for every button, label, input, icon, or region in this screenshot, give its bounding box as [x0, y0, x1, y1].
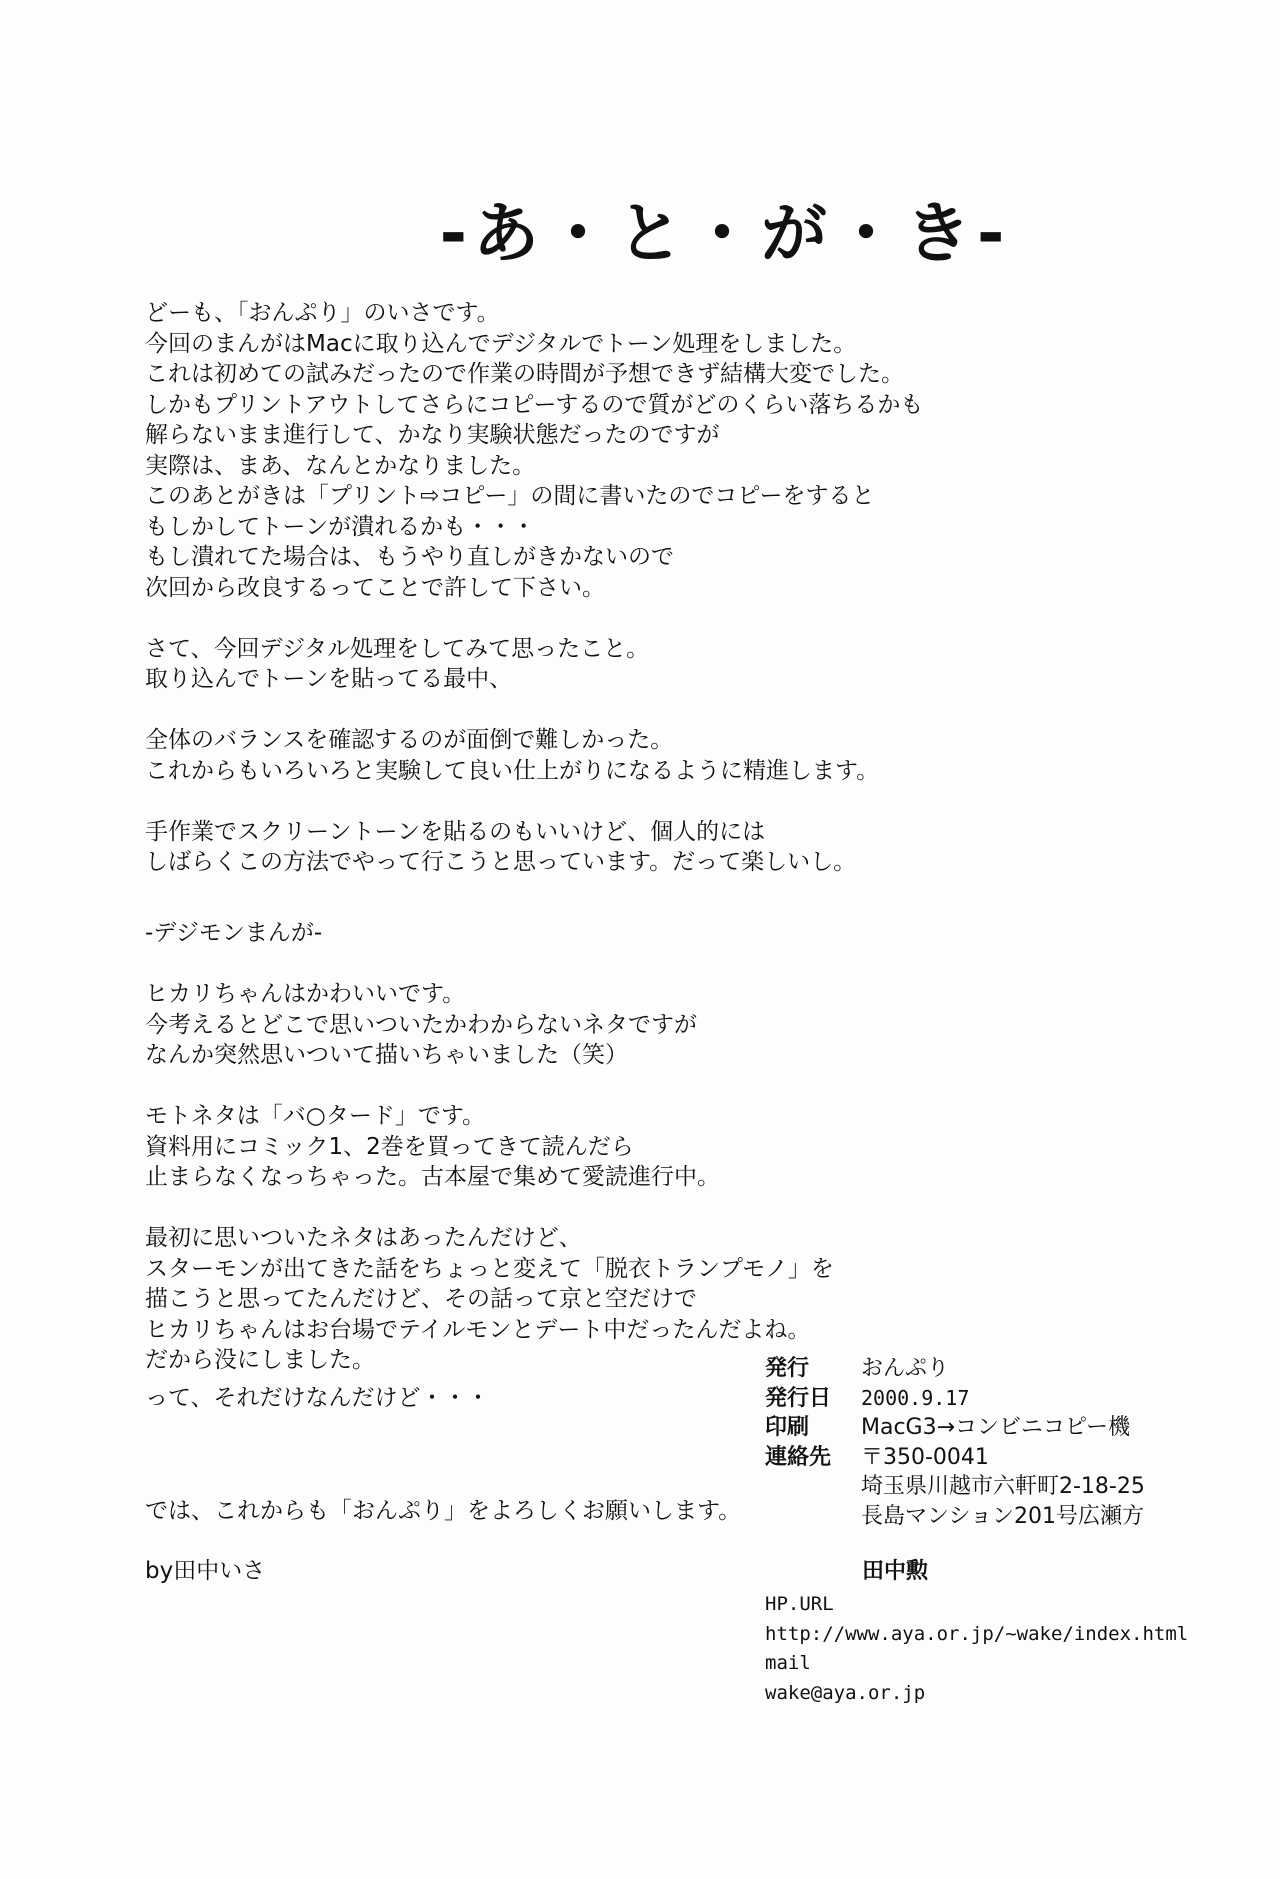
text-line: しかもプリントアウトしてさらにコピーするので質がどのくらい落ちるかも: [145, 390, 923, 421]
value: MacG3→コンビニコピー機: [861, 1413, 1130, 1443]
paragraph-intro: どーも、「おんぷり」のいさです。 今回のまんがはMacに取り込んでデジタルでトー…: [145, 298, 923, 878]
text-line: 解らないまま進行して、かなり実験状態だったのですが: [145, 420, 923, 451]
afterword-page: -あ・と・が・き- どーも、「おんぷり」のいさです。 今回のまんがはMacに取り…: [0, 0, 1280, 1879]
digimon-section: -デジモンまんが- ヒカリちゃんはかわいいです。 今考えるとどこで思いついたかわ…: [145, 918, 834, 1376]
signature: by田中いさ: [145, 1556, 265, 1587]
label: 発行日: [765, 1384, 861, 1414]
hp-label: HP.URL: [765, 1590, 1188, 1620]
text-line: だから没にしました。: [145, 1345, 834, 1376]
hp-url: http://www.aya.or.jp/~wake/index.html: [765, 1620, 1188, 1650]
text-line: しばらくこの方法でやって行こうと思っています。だって楽しいし。: [145, 847, 923, 878]
text-line: 次回から改良するってことで許して下さい。: [145, 573, 923, 604]
author-name: 田中勲: [862, 1554, 928, 1585]
colophon: 発行 おんぷり 発行日 2000.9.17 印刷 MacG3→コンビニコピー機 …: [765, 1354, 1145, 1531]
label: 発行: [765, 1354, 861, 1384]
value: 2000.9.17: [861, 1384, 969, 1414]
text-line: もし潰れてた場合は、もうやり直しがきかないので: [145, 542, 923, 573]
text-line: 今回のまんがはMacに取り込んでデジタルでトーン処理をしました。: [145, 329, 923, 360]
colophon-address1: 埼玉県川越市六軒町2-18-25: [765, 1472, 1145, 1502]
text-line: このあとがきは「プリント⇨コピー」の間に書いたのでコピーをすると: [145, 481, 923, 512]
text-line: 止まらなくなっちゃった。古本屋で集めて愛読進行中。: [145, 1162, 834, 1193]
colophon-print: 印刷 MacG3→コンビニコピー機: [765, 1413, 1145, 1443]
text-line: って、それだけなんだけど・・・: [145, 1383, 490, 1414]
text-line: 最初に思いついたネタはあったんだけど、: [145, 1223, 834, 1254]
colophon-contact: 連絡先 〒350-0041: [765, 1443, 1145, 1473]
colophon-date: 発行日 2000.9.17: [765, 1384, 1145, 1414]
label: 印刷: [765, 1413, 861, 1443]
colophon-address2: 長島マンション201号広瀬方: [765, 1502, 1145, 1532]
value: 〒350-0041: [861, 1443, 989, 1473]
section-heading: -デジモンまんが-: [145, 918, 834, 949]
label: 連絡先: [765, 1443, 861, 1473]
text-line: 資料用にコミック1、2巻を買ってきて読んだら: [145, 1132, 834, 1163]
text-line: 描こうと思ってたんだけど、その話って京と空だけで: [145, 1284, 834, 1315]
text-line: モトネタは「バ○タード」です。: [145, 1101, 834, 1132]
text-line: さて、今回デジタル処理をしてみて思ったこと。: [145, 634, 923, 665]
text-line: 取り込んでトーンを貼ってる最中、: [145, 664, 923, 695]
text-line: 今考えるとどこで思いついたかわからないネタですが: [145, 1010, 834, 1041]
contact-links: HP.URL http://www.aya.or.jp/~wake/index.…: [765, 1590, 1188, 1708]
text-line: これからもいろいろと実験して良い仕上がりになるように精進します。: [145, 756, 923, 787]
text-line: 実際は、まあ、なんとかなりました。: [145, 451, 923, 482]
mail-label: mail: [765, 1649, 1188, 1679]
page-title: -あ・と・が・き-: [0, 180, 1280, 275]
value: おんぷり: [861, 1354, 949, 1384]
greeting-line: では、これからも「おんぷり」をよろしくお願いします。: [145, 1496, 741, 1527]
mail-address: wake@aya.or.jp: [765, 1679, 1188, 1709]
text-line: なんか突然思いついて描いちゃいました（笑）: [145, 1040, 834, 1071]
signature-text: by田中いさ: [145, 1556, 265, 1587]
text-line: もしかしてトーンが潰れるかも・・・: [145, 512, 923, 543]
text-line: これは初めての試みだったので作業の時間が予想できず結構大変でした。: [145, 359, 923, 390]
text-line: ヒカリちゃんはかわいいです。: [145, 979, 834, 1010]
value: 埼玉県川越市六軒町2-18-25: [861, 1472, 1145, 1502]
text-line: 手作業でスクリーントーンを貼るのもいいけど、個人的には: [145, 817, 923, 848]
value: 長島マンション201号広瀬方: [861, 1502, 1144, 1532]
text-line: どーも、「おんぷり」のいさです。: [145, 298, 923, 329]
text-line: スターモンが出てきた話をちょっと変えて「脱衣トランプモノ」を: [145, 1254, 834, 1285]
text-line: 全体のバランスを確認するのが面倒で難しかった。: [145, 725, 923, 756]
closing-line: って、それだけなんだけど・・・: [145, 1383, 490, 1414]
text-line: ヒカリちゃんはお台場でテイルモンとデート中だったんだよね。: [145, 1315, 834, 1346]
colophon-publisher: 発行 おんぷり: [765, 1354, 1145, 1384]
text-line: では、これからも「おんぷり」をよろしくお願いします。: [145, 1496, 741, 1527]
